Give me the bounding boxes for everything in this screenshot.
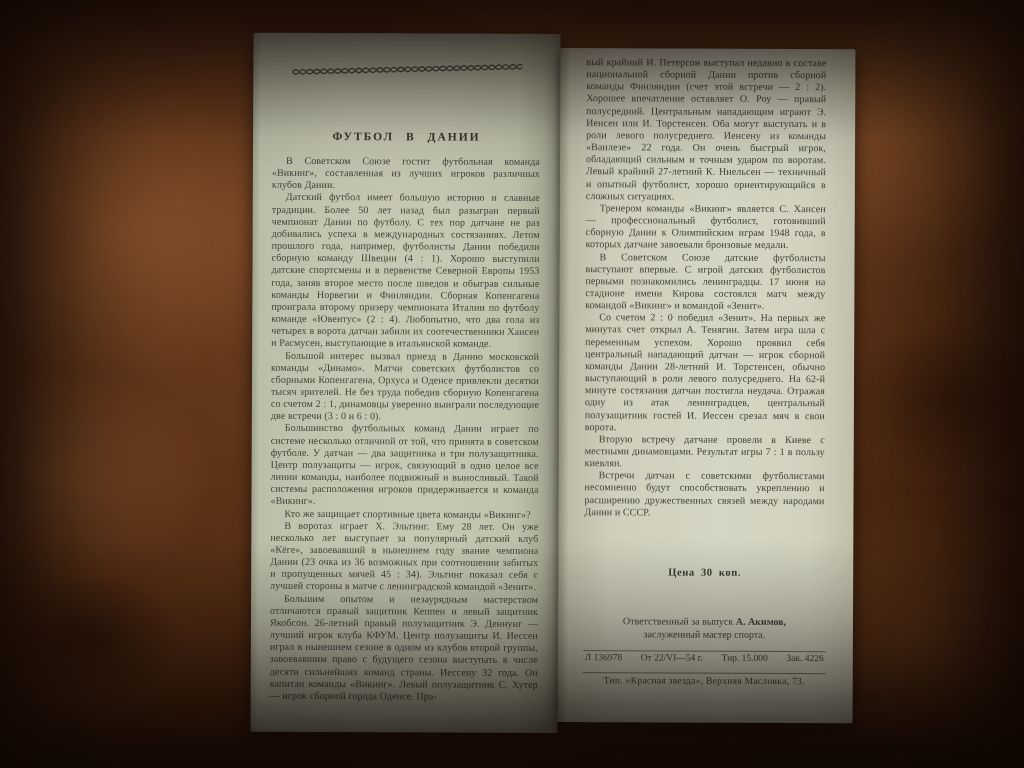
paragraph: В Советском Союзе гостит футбольная кома… <box>272 156 540 194</box>
paragraph: Большой интерес вызвал приезд в Данию мо… <box>271 350 539 424</box>
price-label: Цена 30 коп. <box>581 567 828 579</box>
responsible-line: Ответственный за выпуск А. Акимов, <box>581 615 828 629</box>
rope-divider-icon <box>292 59 522 82</box>
page-left: ФУТБОЛ В ДАНИИ В Советском Союзе гостит … <box>250 33 560 733</box>
football-programme-booklet: ФУТБОЛ В ДАНИИ В Советском Союзе гостит … <box>250 33 855 738</box>
responsible-name: А. Акимов, <box>736 617 786 628</box>
imprint-rule-bottom <box>583 672 826 674</box>
paragraph: Большинство футбольных команд Дании игра… <box>270 423 538 509</box>
colophon: Ответственный за выпуск А. Акимов, заслу… <box>581 615 828 642</box>
left-page-text: В Советском Союзе гостит футбольная кома… <box>251 156 560 704</box>
page-right: вый крайний И. Петерсон выступал недавно… <box>558 48 856 723</box>
paragraph: В Советском Союзе датские футболисты выс… <box>585 252 825 314</box>
imprint-order: Зак. 4226 <box>786 654 823 664</box>
imprint-code: Л 136978 <box>585 653 622 663</box>
paragraph: Кто же защищает спортивные цвета команды… <box>270 508 538 521</box>
paragraph: Вторую встречу датчане провели в Киеве с… <box>585 434 825 472</box>
responsible-title: заслуженный мастер спорта. <box>581 628 828 642</box>
responsible-prefix: Ответственный за выпуск <box>623 616 733 627</box>
article-title: ФУТБОЛ В ДАНИИ <box>253 131 560 144</box>
paragraph: Со счетом 2 : 0 победил «Зенит». На перв… <box>585 312 826 435</box>
imprint-date: От 22/VI—54 г. <box>641 653 703 663</box>
paragraph: вый крайний И. Петерсон выступал недавно… <box>586 57 827 204</box>
paragraph: Большим опытом и незаурядным мастерством… <box>270 593 538 704</box>
paragraph: В воротах играет Х. Эльтинг. Ему 28 лет.… <box>270 520 538 594</box>
paragraph: Датский футбол имеет большую историю и с… <box>271 192 540 351</box>
imprint-block: Цена 30 коп. Ответственный за выпуск А. … <box>581 567 829 687</box>
paragraph: Встречи датчан с советскими футболистами… <box>584 470 824 520</box>
printer-line: Тип. «Красная звезда», Верхняя Масловка,… <box>581 676 828 687</box>
imprint-line: Л 136978 От 22/VI—54 г. Тир. 15.000 Зак.… <box>581 651 828 664</box>
right-page-text: вый крайний И. Петерсон выступал недавно… <box>558 57 855 520</box>
paragraph: Тренером команды «Викинг» является С. Ха… <box>586 203 826 253</box>
imprint-print-run: Тир. 15.000 <box>722 654 768 664</box>
